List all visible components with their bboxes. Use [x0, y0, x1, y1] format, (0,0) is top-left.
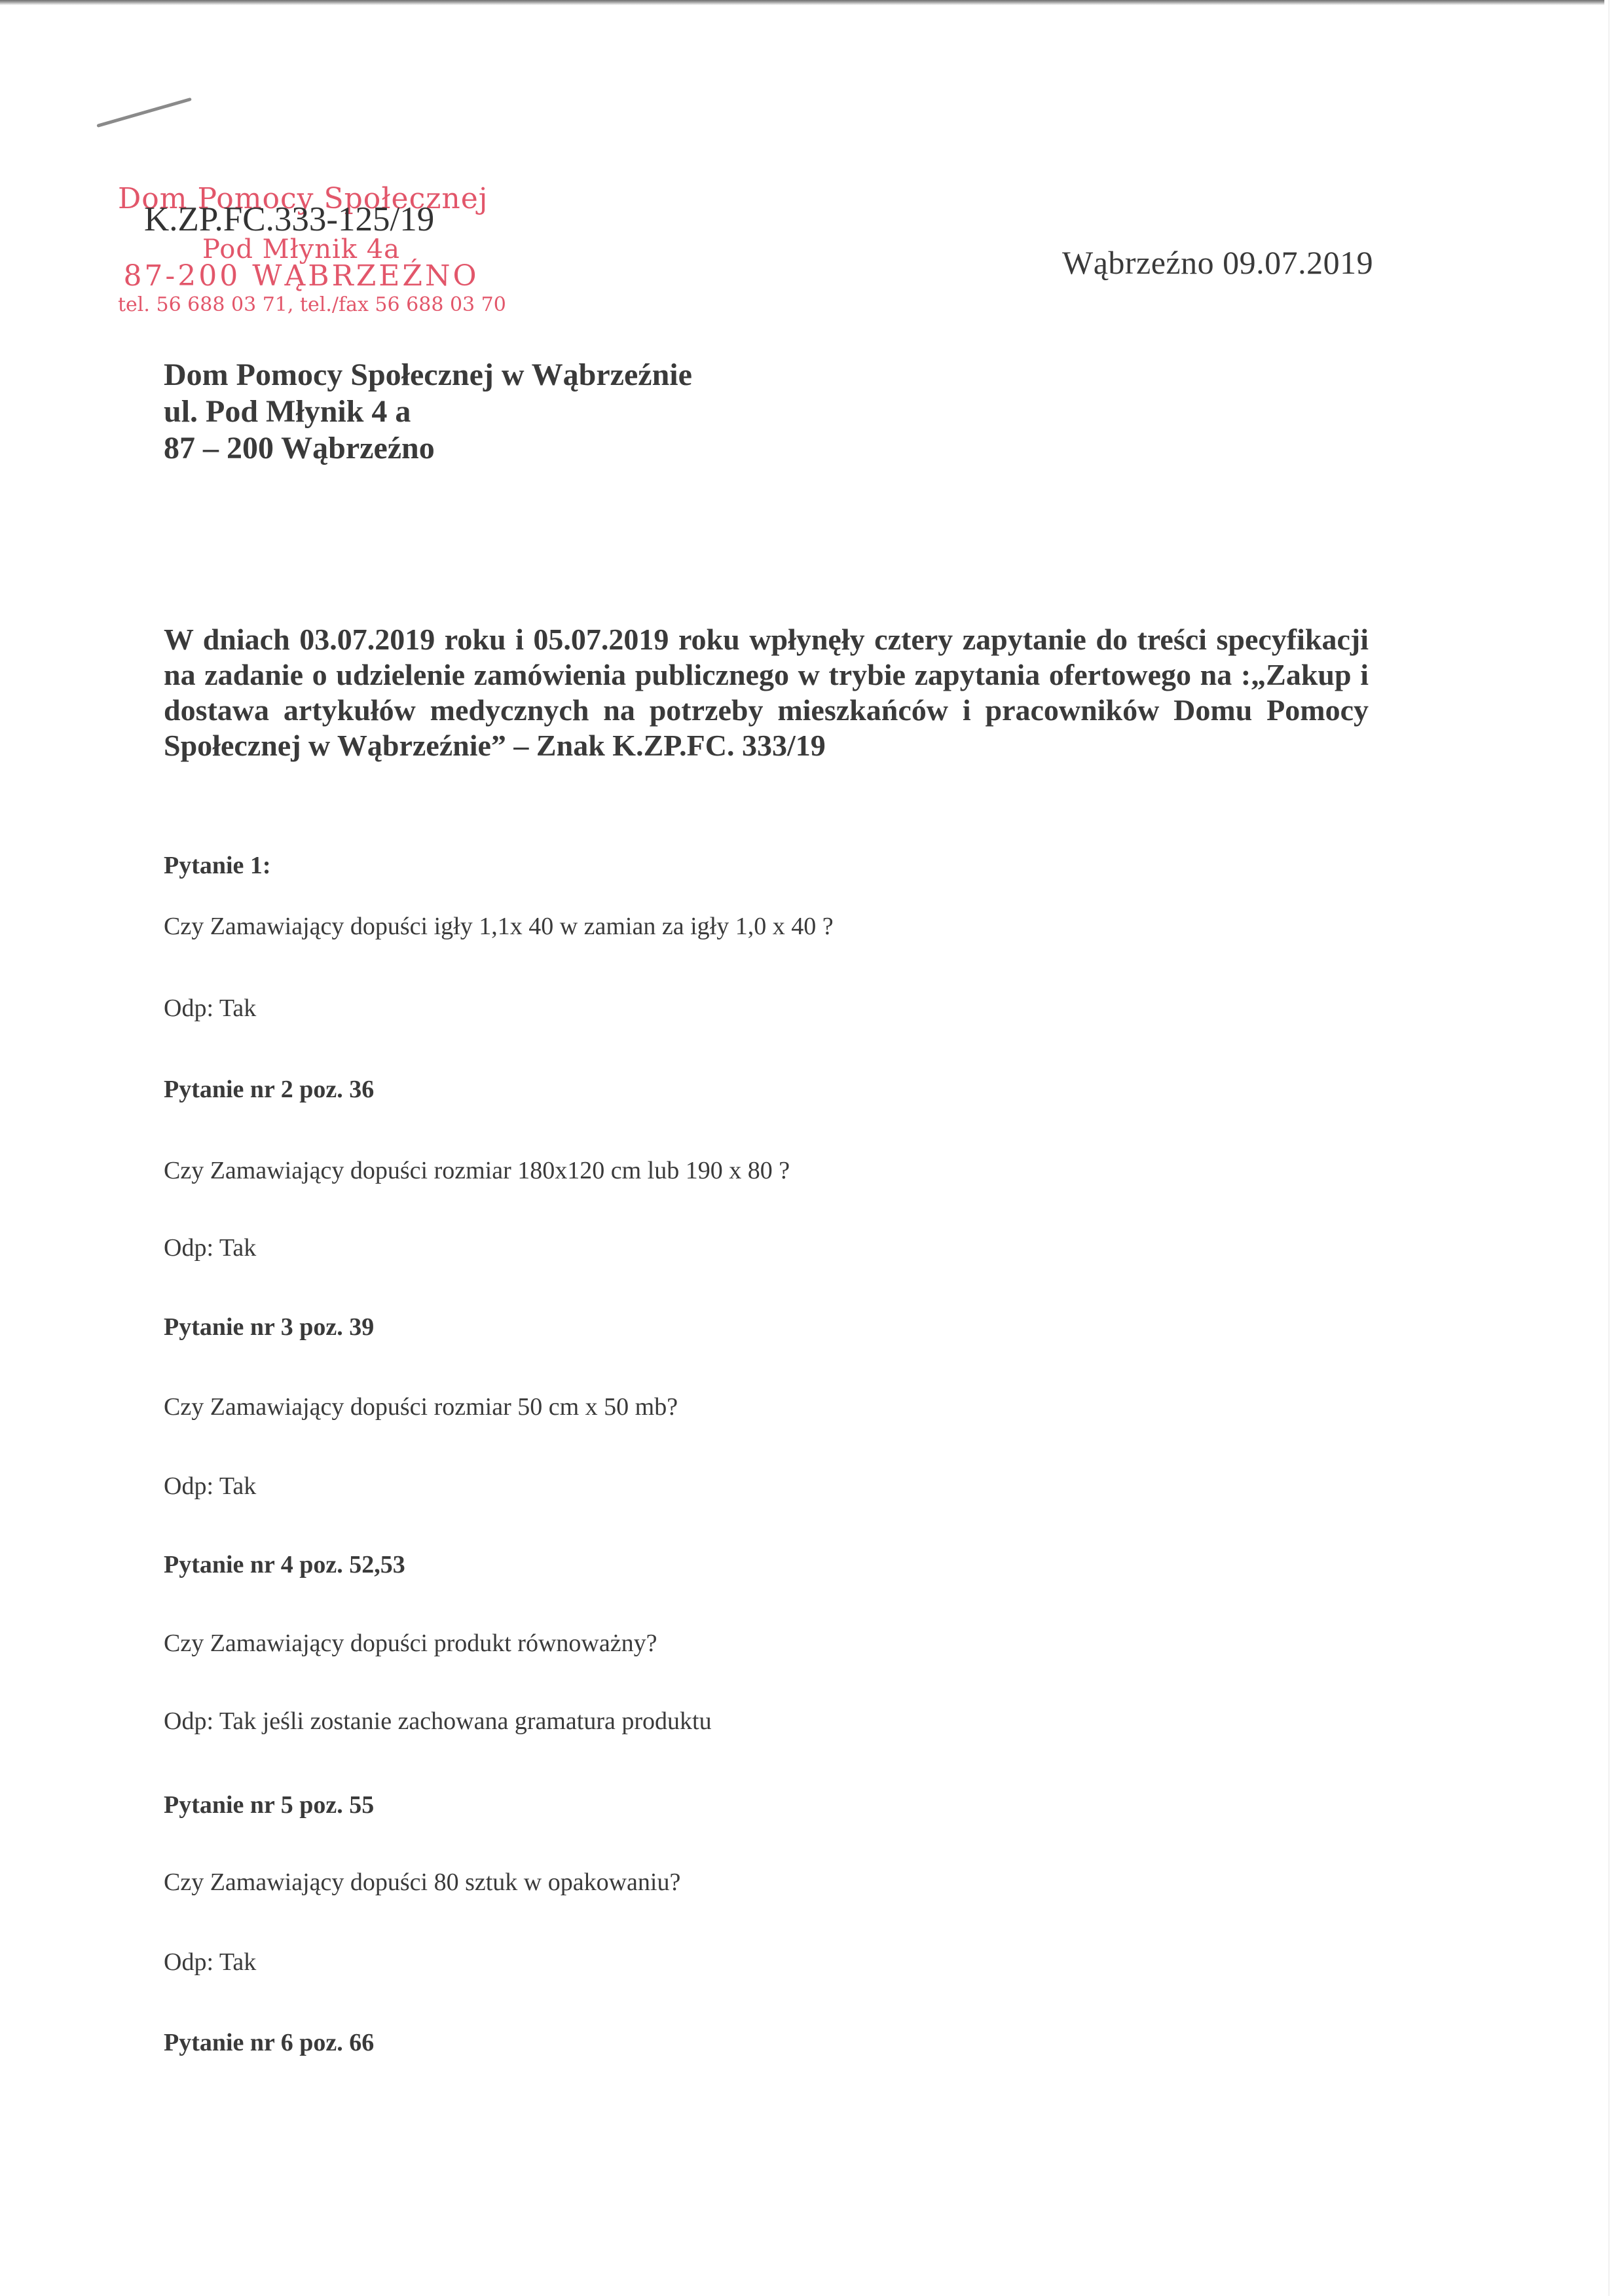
question-label: Pytanie 1:: [164, 851, 271, 880]
reference-number: K.ZP.FC.333-125/19: [144, 200, 434, 239]
question-label: Pytanie nr 5 poz. 55: [164, 1791, 374, 1819]
recipient-city: 87 – 200 Wąbrzeźno: [164, 430, 692, 467]
question-label: Pytanie nr 3 poz. 39: [164, 1313, 374, 1341]
scan-edge-line: [1608, 0, 1610, 2296]
answer-text: Odp: Tak: [164, 1472, 256, 1501]
recipient-name: Dom Pomocy Społecznej w Wąbrzeźnie: [164, 357, 692, 393]
stamp-line-phone: tel. 56 688 03 71, tel./fax 56 688 03 70: [118, 293, 485, 316]
question-label: Pytanie nr 2 poz. 36: [164, 1075, 374, 1104]
answer-text: Odp: Tak jeśli zostanie zachowana gramat…: [164, 1707, 712, 1736]
question-text: Czy Zamawiający dopuści igły 1,1x 40 w z…: [164, 912, 834, 941]
answer-text: Odp: Tak: [164, 1948, 256, 1977]
question-text: Czy Zamawiający dopuści rozmiar 180x120 …: [164, 1156, 790, 1185]
question-text: Czy Zamawiający dopuści produkt równoważ…: [164, 1629, 657, 1658]
question-label: Pytanie nr 4 poz. 52,53: [164, 1550, 405, 1579]
answer-text: Odp: Tak: [164, 994, 256, 1023]
scan-edge-shadow: [0, 0, 1604, 5]
question-label: Pytanie nr 6 poz. 66: [164, 2028, 374, 2057]
question-text: Czy Zamawiający dopuści 80 sztuk w opako…: [164, 1868, 680, 1897]
recipient-street: ul. Pod Młynik 4 a: [164, 393, 692, 430]
recipient-address: Dom Pomocy Społecznej w Wąbrzeźnie ul. P…: [164, 357, 692, 467]
stamp-line-city: 87-200 WĄBRZEŹNO: [118, 259, 485, 293]
question-text: Czy Zamawiający dopuści rozmiar 50 cm x …: [164, 1393, 678, 1421]
answer-text: Odp: Tak: [164, 1233, 256, 1262]
place-and-date: Wąbrzeźno 09.07.2019: [1062, 244, 1373, 282]
intro-paragraph: W dniach 03.07.2019 roku i 05.07.2019 ro…: [164, 622, 1369, 763]
pen-mark: [96, 98, 192, 128]
